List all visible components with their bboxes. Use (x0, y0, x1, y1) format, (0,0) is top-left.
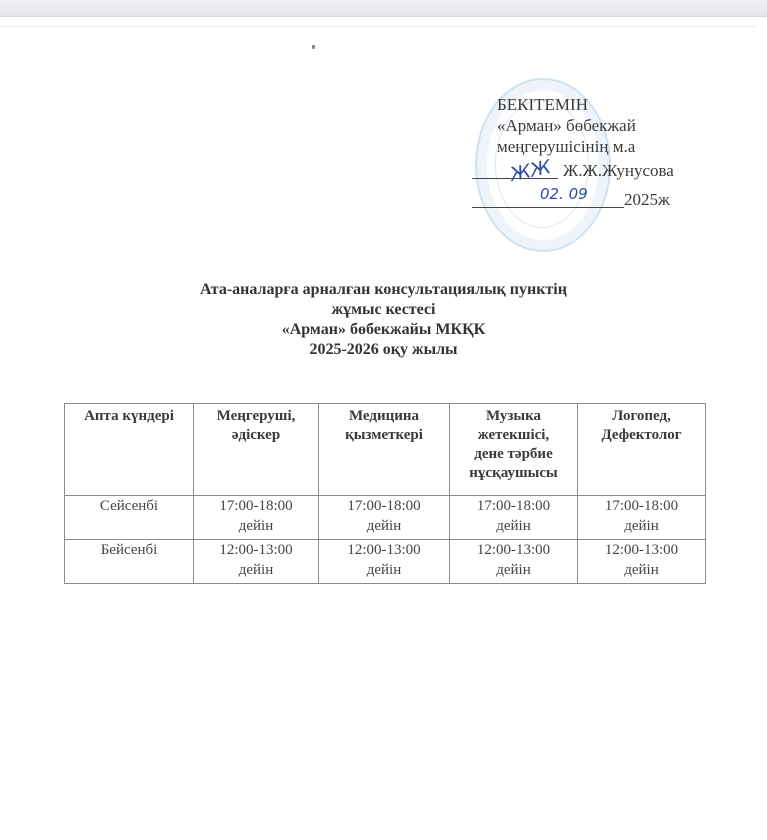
time-cell: 17:00-18:00дейін (319, 496, 450, 540)
approval-heading: БЕКІТЕМІН (497, 95, 588, 115)
table-row: Сейсенбі17:00-18:00дейін17:00-18:00дейін… (65, 496, 706, 540)
time-cell: 12:00-13:00дейін (578, 540, 706, 584)
document-title: Ата-аналарға арналған консультациялық пу… (0, 280, 767, 360)
time-suffix: дейін (452, 516, 575, 536)
time-range: 12:00-13:00 (321, 540, 447, 560)
time-suffix: дейін (580, 516, 703, 536)
header-text-line: қызметкері (321, 426, 447, 445)
time-cell: 17:00-18:00дейін (450, 496, 578, 540)
time-range: 17:00-18:00 (321, 496, 447, 516)
scan-speck (312, 45, 315, 49)
time-range: 17:00-18:00 (196, 496, 316, 516)
time-cell: 12:00-13:00дейін (319, 540, 450, 584)
header-speech-therapist: Логопед,Дефектолог (578, 404, 706, 496)
title-line-1: Ата-аналарға арналған консультациялық пу… (0, 280, 767, 300)
time-range: 17:00-18:00 (452, 496, 575, 516)
weekday-cell: Сейсенбі (65, 496, 194, 540)
time-suffix: дейін (452, 560, 575, 580)
weekday-cell: Бейсенбі (65, 540, 194, 584)
approval-org: «Арман» бөбекжай (497, 116, 636, 136)
time-range: 12:00-13:00 (580, 540, 703, 560)
handwritten-date: 02. 09 (540, 185, 588, 203)
time-range: 12:00-13:00 (196, 540, 316, 560)
time-cell: 17:00-18:00дейін (194, 496, 319, 540)
header-text-line: Апта күндері (67, 407, 191, 426)
table-row: Бейсенбі12:00-13:00дейін12:00-13:00дейін… (65, 540, 706, 584)
header-music-pe: Музыкажетекшісі,дене тәрбиенұсқаушысы (450, 404, 578, 496)
time-range: 17:00-18:00 (580, 496, 703, 516)
header-text-line: Логопед, (580, 407, 703, 426)
header-text-line: әдіскер (196, 426, 316, 445)
approval-name: Ж.Ж.Жунусова (563, 161, 674, 181)
time-suffix: дейін (196, 516, 316, 536)
header-text-line: дене тәрбие (452, 445, 575, 464)
time-cell: 12:00-13:00дейін (450, 540, 578, 584)
header-text-line: жетекшісі, (452, 426, 575, 445)
header-manager-methodist: Меңгеруші,әдіскер (194, 404, 319, 496)
header-text-line: нұсқаушысы (452, 464, 575, 483)
date-underline (472, 207, 624, 208)
schedule-table: Апта күндеріМеңгеруші,әдіскерМедицинақыз… (64, 403, 706, 584)
table-header-row: Апта күндеріМеңгеруші,әдіскерМедицинақыз… (65, 404, 706, 496)
header-medical-staff: Медицинақызметкері (319, 404, 450, 496)
approval-year: 2025ж (624, 190, 670, 210)
page-edge-line (0, 26, 756, 27)
time-suffix: дейін (321, 516, 447, 536)
time-suffix: дейін (580, 560, 703, 580)
header-text-line: Музыка (452, 407, 575, 426)
viewer-top-band (0, 0, 767, 17)
time-cell: 17:00-18:00дейін (578, 496, 706, 540)
header-text-line: Меңгеруші, (196, 407, 316, 426)
title-line-2: жұмыс кестесі (0, 300, 767, 320)
header-text-line: Дефектолог (580, 426, 703, 445)
title-line-4: 2025-2026 оқу жылы (0, 340, 767, 360)
header-text-line: Медицина (321, 407, 447, 426)
header-weekdays: Апта күндері (65, 404, 194, 496)
title-line-3: «Арман» бөбекжайы МКҚК (0, 320, 767, 340)
time-suffix: дейін (321, 560, 447, 580)
approval-position: меңгерушісінің м.а (497, 137, 635, 157)
time-range: 12:00-13:00 (452, 540, 575, 560)
time-suffix: дейін (196, 560, 316, 580)
time-cell: 12:00-13:00дейін (194, 540, 319, 584)
